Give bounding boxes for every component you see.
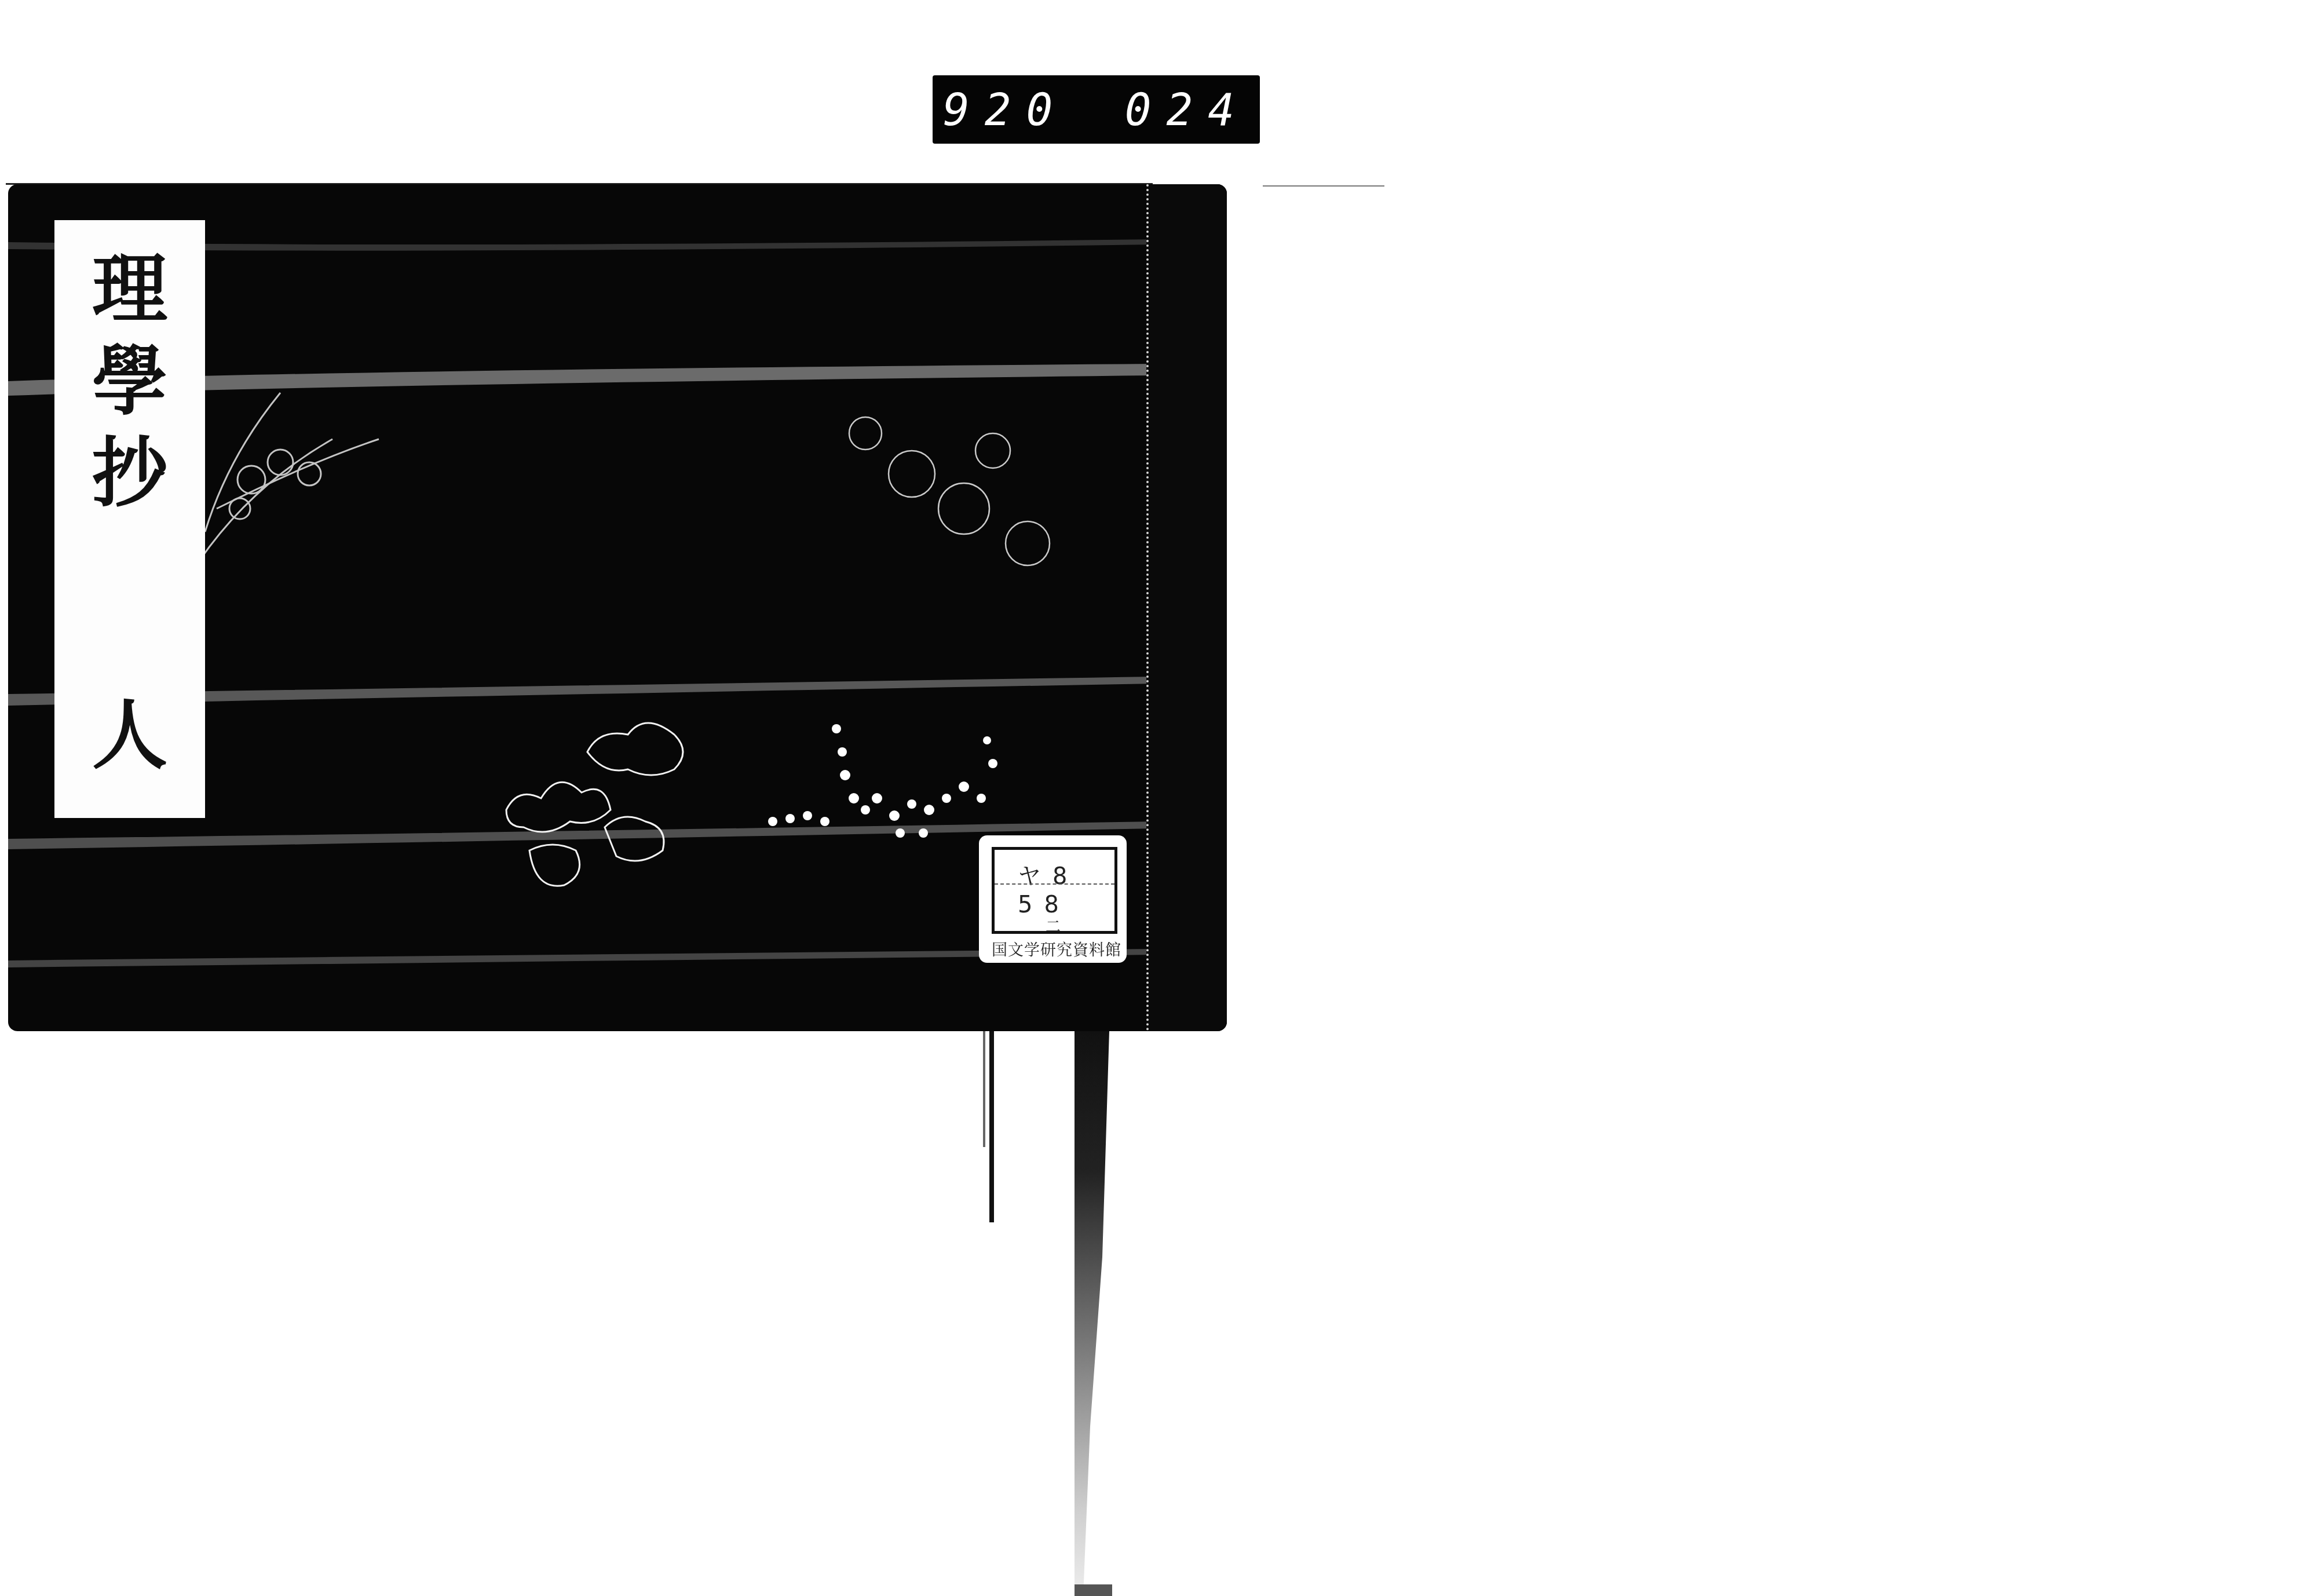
title-char: 抄 (92, 427, 167, 519)
bookmark-ribbon-tip (1075, 1584, 1112, 1596)
volume-mark: 人 (54, 675, 205, 783)
title-char: 學 (92, 335, 167, 428)
book-title: 理 學 抄 (92, 243, 167, 519)
book-spine-binding (1146, 184, 1227, 1031)
bookmark-ribbon (1075, 1031, 1109, 1596)
title-char: 理 (92, 243, 167, 335)
label-divider (995, 883, 1114, 885)
scan-rule (1263, 185, 1384, 187)
call-number-left: 920 (943, 84, 1068, 136)
call-number-plate: 920 024 (933, 75, 1260, 144)
book-cover: 理 學 抄 人 ヤ8 58 二 国文学研究資料館 (8, 184, 1227, 1031)
title-slip: 理 學 抄 人 (54, 220, 205, 818)
shelf-mark-row3: 二 (1046, 915, 1072, 936)
institution-name: 国文学研究資料館 (992, 937, 1117, 960)
library-label-box: ヤ8 58 二 (992, 847, 1117, 934)
bookmark-string (989, 1031, 994, 1222)
call-number-right: 024 (1125, 84, 1249, 136)
library-label: ヤ8 58 二 国文学研究資料館 (979, 835, 1127, 963)
bookmark-string (983, 1031, 985, 1147)
shelf-mark-row1: ヤ8 (1018, 858, 1079, 891)
